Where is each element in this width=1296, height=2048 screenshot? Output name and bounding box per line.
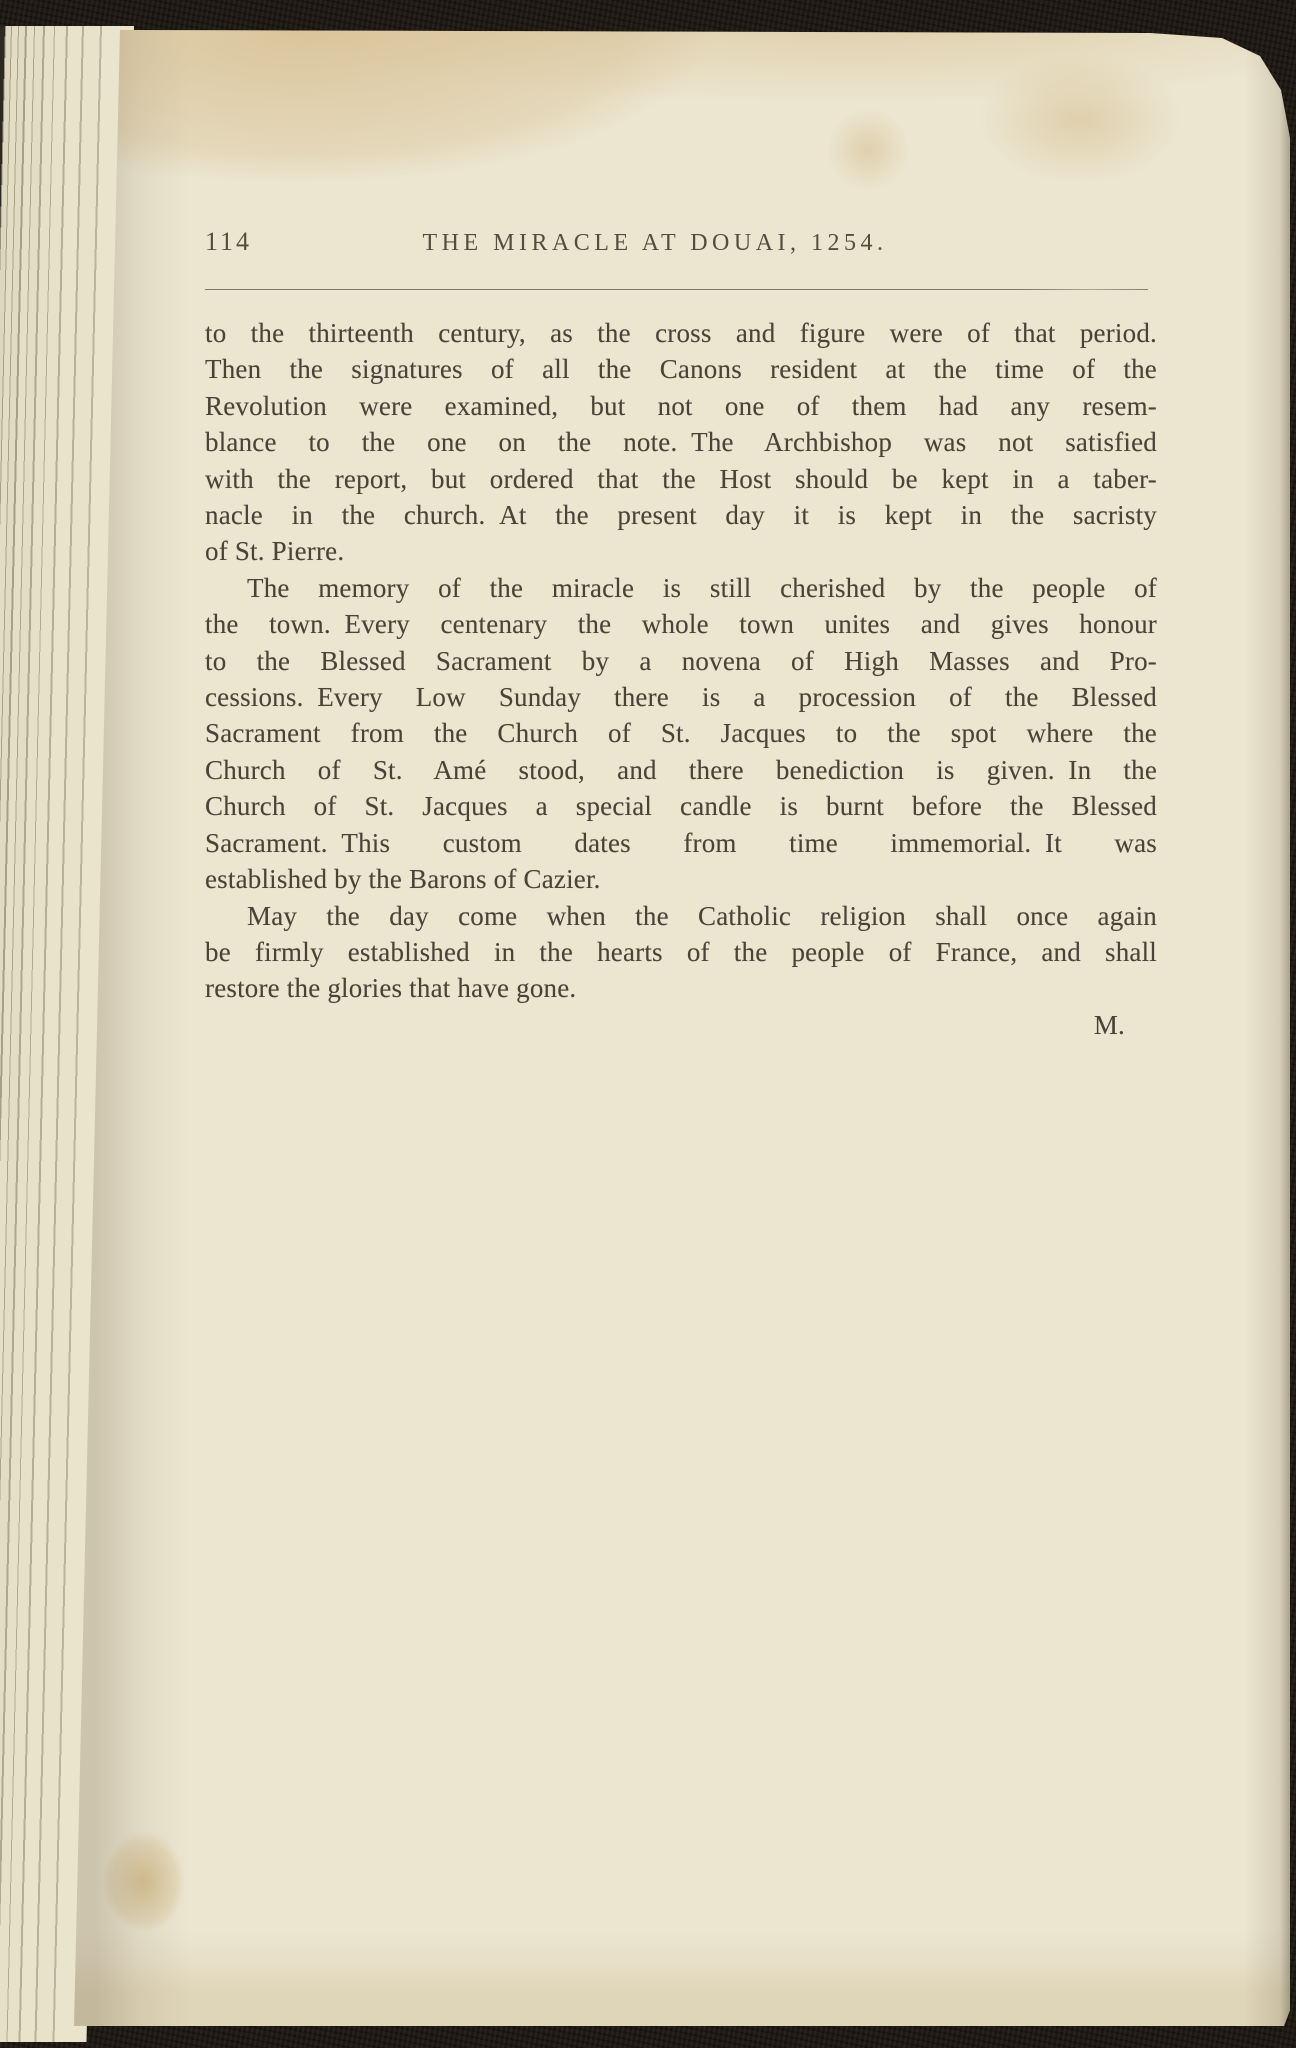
header-rule [205, 289, 1148, 290]
text-line: with the report, but ordered that the Ho… [205, 461, 1157, 497]
text-line: blance to the one on the note. The Archb… [205, 424, 1157, 460]
text-line: to the Blessed Sacrament by a novena of … [205, 643, 1157, 679]
signature-initial: M. [205, 1007, 1157, 1043]
book-page: 114 THE MIRACLE AT DOUAI, 1254. to the t… [0, 0, 1296, 2048]
text-line: Revolution were examined, but not one of… [205, 388, 1157, 424]
paragraph: May the day come when the Catholic relig… [205, 898, 1157, 1007]
book-cover-background: 114 THE MIRACLE AT DOUAI, 1254. to the t… [0, 0, 1296, 2048]
paragraph: The memory of the miracle is still cheri… [205, 570, 1157, 898]
text-line: restore the glories that have gone. [205, 970, 1157, 1006]
text-line: established by the Barons of Cazier. [205, 861, 1157, 897]
text-line: Church of St. Jacques a special candle i… [205, 788, 1157, 824]
running-title: THE MIRACLE AT DOUAI, 1254. [179, 228, 1131, 258]
text-line: Sacrament from the Church of St. Jacques… [205, 715, 1157, 751]
text-line: Church of St. Amé stood, and there bened… [205, 752, 1157, 788]
text-line: The memory of the miracle is still cheri… [205, 570, 1157, 606]
text-line: nacle in the church. At the present day … [205, 497, 1157, 533]
text-line: cessions. Every Low Sunday there is a pr… [205, 679, 1157, 715]
text-line: Then the signatures of all the Canons re… [205, 351, 1157, 387]
text-line: be firmly established in the hearts of t… [205, 934, 1157, 970]
text-line: Sacrament. This custom dates from time i… [205, 825, 1157, 861]
running-header: 114 THE MIRACLE AT DOUAI, 1254. [205, 227, 1157, 261]
text-line: to the thirteenth century, as the cross … [205, 315, 1157, 351]
body-text: to the thirteenth century, as the cross … [205, 315, 1157, 1043]
text-line: the town. Every centenary the whole town… [205, 606, 1157, 642]
text-line: May the day come when the Catholic relig… [205, 898, 1157, 934]
text-line: of St. Pierre. [205, 533, 1157, 569]
paragraph: to the thirteenth century, as the cross … [205, 315, 1157, 570]
